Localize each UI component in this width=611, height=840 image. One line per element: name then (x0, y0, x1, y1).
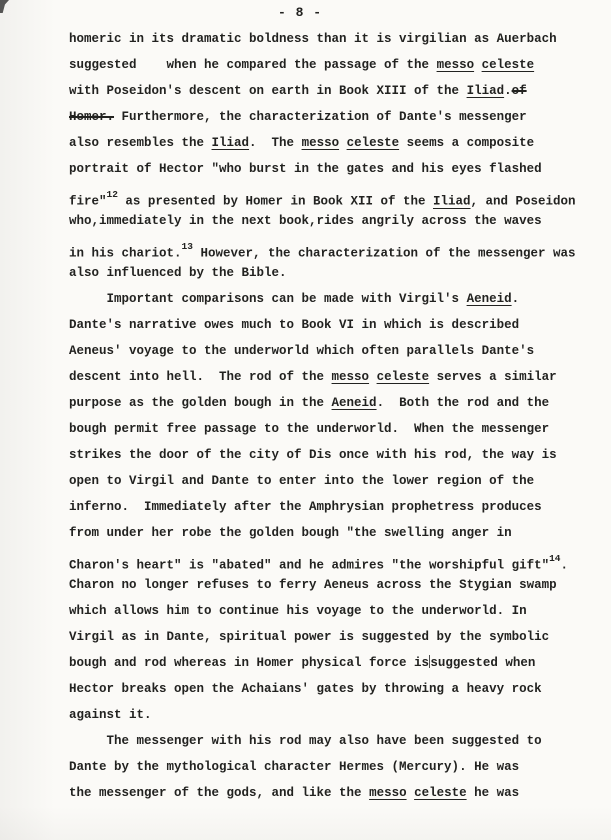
text-run: Dante's narrative owes much to Book VI i… (69, 318, 519, 332)
text-line: The messenger with his rod may also have… (69, 728, 569, 754)
text-run: suggested when he compared the passage o… (69, 58, 437, 72)
text-line: Important comparisons can be made with V… (69, 286, 569, 312)
text-line: Dante's narrative owes much to Book VI i… (69, 312, 569, 338)
text-run: portrait of Hector "who burst in the gat… (69, 162, 542, 176)
text-line: who,immediately in the next book,rides a… (69, 208, 569, 234)
text-run (474, 58, 482, 72)
text-line: inferno. Immediately after the Amphrysia… (69, 494, 569, 520)
text-run: descent into hell. The rod of the (69, 370, 332, 384)
underlined-text: celeste (377, 370, 430, 384)
underlined-text: Iliad (212, 136, 250, 150)
text-run: he was (467, 786, 520, 800)
text-line: Aeneus' voyage to the underworld which o… (69, 338, 569, 364)
text-run: serves a similar (429, 370, 557, 384)
underlined-text: Aeneid (467, 292, 512, 306)
text-run: fire" (69, 195, 107, 209)
text-run: against it. (69, 708, 152, 722)
underlined-text: Iliad (467, 84, 505, 98)
text-run: Important comparisons can be made with V… (69, 292, 467, 306)
text-line: which allows him to continue his voyage … (69, 598, 569, 624)
text-line: portrait of Hector "who burst in the gat… (69, 156, 569, 182)
text-run: seems a composite (399, 136, 534, 150)
text-line: Virgil as in Dante, spiritual power is s… (69, 624, 569, 650)
text-line: with Poseidon's descent on earth in Book… (69, 78, 569, 104)
text-run: also influenced by the Bible. (69, 266, 287, 280)
text-run (339, 136, 347, 150)
text-run: . (560, 559, 568, 573)
text-line: also influenced by the Bible. (69, 260, 569, 286)
text-run: with Poseidon's descent on earth in Book… (69, 84, 467, 98)
text-run: . Both the rod and the (377, 396, 550, 410)
text-run: also resembles the (69, 136, 212, 150)
footnote-marker: 14 (549, 553, 560, 564)
text-run: Charon no longer refuses to ferry Aeneus… (69, 578, 557, 592)
text-run: inferno. Immediately after the Amphrysia… (69, 500, 542, 514)
text-run (407, 786, 415, 800)
underlined-text: messo (437, 58, 475, 72)
text-run: Aeneus' voyage to the underworld which o… (69, 344, 534, 358)
text-line: in his chariot.13 However, the character… (69, 234, 569, 260)
text-run: who,immediately in the next book,rides a… (69, 214, 542, 228)
text-run: The messenger with his rod may also have… (69, 734, 542, 748)
text-run: Dante by the mythological character Herm… (69, 760, 519, 774)
underlined-text: Aeneid (332, 396, 377, 410)
text-run: Charon's heart" is "abated" and he admir… (69, 559, 549, 573)
text-line: also resembles the Iliad. The messo cele… (69, 130, 569, 156)
text-run: , and Poseidon (471, 195, 576, 209)
text-line: against it. (69, 702, 569, 728)
text-line: Charon no longer refuses to ferry Aeneus… (69, 572, 569, 598)
text-run: . The (249, 136, 302, 150)
underlined-text: messo (369, 786, 407, 800)
underlined-text: messo (302, 136, 340, 150)
text-line: suggested when he compared the passage o… (69, 52, 569, 78)
text-line: fire"12 as presented by Homer in Book XI… (69, 182, 569, 208)
text-body: homeric in its dramatic boldness than it… (69, 26, 569, 806)
text-run: open to Virgil and Dante to enter into t… (69, 474, 534, 488)
text-run: as presented by Homer in Book XII of the (118, 195, 433, 209)
text-run: suggested when (430, 656, 535, 670)
text-run: which allows him to continue his voyage … (69, 604, 527, 618)
footnote-marker: 13 (182, 241, 193, 252)
text-line: from under her robe the golden bough "th… (69, 520, 569, 546)
text-run: . (512, 292, 520, 306)
underlined-text: celeste (482, 58, 535, 72)
text-line: Homer. Furthermore, the characterization… (69, 104, 569, 130)
text-run: bough and rod whereas in Homer physical … (69, 656, 429, 670)
text-run: strikes the door of the city of Dis once… (69, 448, 557, 462)
text-run: However, the characterization of the mes… (193, 247, 576, 261)
text-line: Hector breaks open the Achaians' gates b… (69, 676, 569, 702)
text-run: homeric in its dramatic boldness than it… (69, 32, 557, 46)
text-line: bough and rod whereas in Homer physical … (69, 650, 569, 676)
text-run: purpose as the golden bough in the (69, 396, 332, 410)
text-line: purpose as the golden bough in the Aenei… (69, 390, 569, 416)
document-page: - 8 - homeric in its dramatic boldness t… (0, 0, 611, 840)
text-run (369, 370, 377, 384)
text-line: homeric in its dramatic boldness than it… (69, 26, 569, 52)
struck-text: of (512, 84, 527, 98)
text-line: Dante by the mythological character Herm… (69, 754, 569, 780)
underlined-text: messo (332, 370, 370, 384)
text-line: bough permit free passage to the underwo… (69, 416, 569, 442)
text-run: the messenger of the gods, and like the (69, 786, 369, 800)
text-run: Virgil as in Dante, spiritual power is s… (69, 630, 549, 644)
page-number: - 8 - (0, 5, 600, 20)
text-run: from under her robe the golden bough "th… (69, 526, 512, 540)
text-line: open to Virgil and Dante to enter into t… (69, 468, 569, 494)
text-run: bough permit free passage to the underwo… (69, 422, 549, 436)
text-line: the messenger of the gods, and like the … (69, 780, 569, 806)
text-line: descent into hell. The rod of the messo … (69, 364, 569, 390)
text-run: . (504, 84, 512, 98)
underlined-text: celeste (414, 786, 467, 800)
underlined-text: celeste (347, 136, 400, 150)
underlined-text: Iliad (433, 195, 471, 209)
text-run: Furthermore, the characterization of Dan… (114, 110, 527, 124)
text-line: Charon's heart" is "abated" and he admir… (69, 546, 569, 572)
text-run: Hector breaks open the Achaians' gates b… (69, 682, 542, 696)
text-line: strikes the door of the city of Dis once… (69, 442, 569, 468)
insertion-mark (429, 655, 430, 668)
text-run: in his chariot. (69, 247, 182, 261)
footnote-marker: 12 (107, 189, 118, 200)
struck-text: Homer. (69, 110, 114, 124)
